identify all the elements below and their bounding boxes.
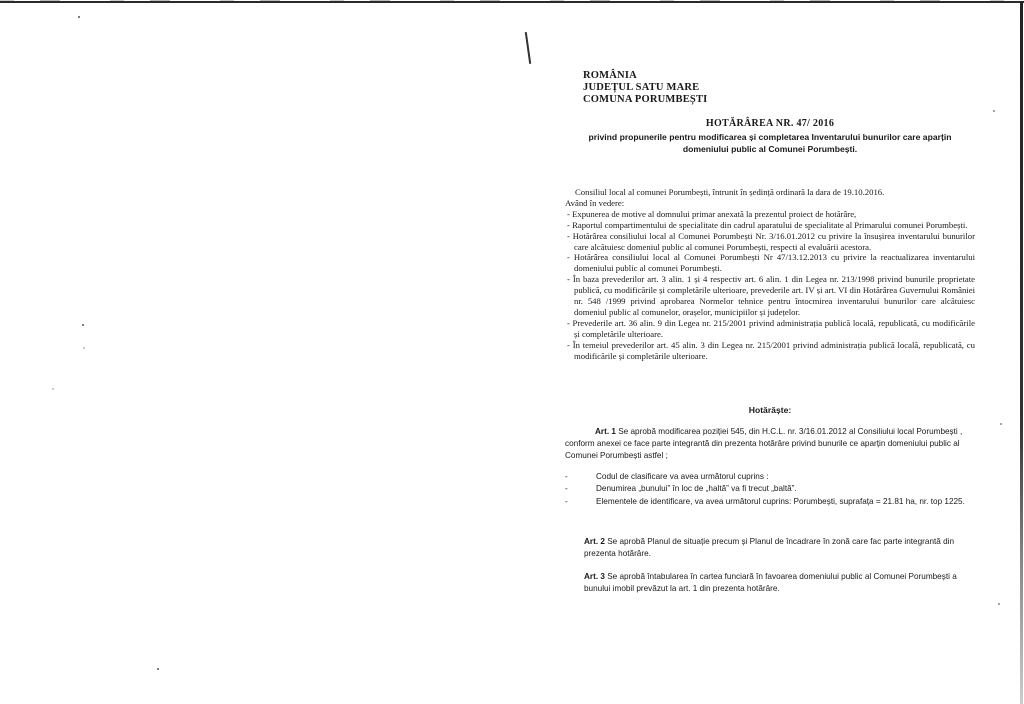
preamble-item: - Raportul compartimentului de specialit…: [565, 220, 975, 231]
scan-speck: [157, 668, 159, 670]
document-page: ROMÂNIA JUDEȚUL SATU MARE COMUNA PORUMBE…: [565, 70, 975, 596]
decides-heading: Hotărăște:: [565, 405, 975, 415]
issuer-header: ROMÂNIA JUDEȚUL SATU MARE COMUNA PORUMBE…: [583, 70, 975, 106]
document-subtitle: privind propunerile pentru modificarea ș…: [565, 131, 975, 155]
article-2-label: Art. 2: [584, 537, 605, 546]
scan-speck: [83, 347, 85, 349]
article-1-text: Se aprobă modificarea poziției 545, din …: [565, 427, 962, 461]
bullet-item: Elementele de identificare, va avea urmă…: [596, 496, 975, 508]
article-2-text: Se aprobă Planul de situație precum și P…: [584, 537, 954, 558]
preamble-item: - Prevederile art. 36 alin. 9 din Legea …: [565, 318, 975, 340]
header-country: ROMÂNIA: [583, 70, 975, 82]
scan-speck: [993, 110, 995, 112]
scan-speck: [78, 16, 80, 18]
scan-speck: [82, 324, 84, 326]
document-title: HOTĂRÂREA NR. 47/ 2016: [565, 118, 975, 129]
scan-speck: [1000, 423, 1002, 425]
preamble-item: - Hotărârea consiliului local al Comunei…: [565, 231, 975, 253]
preamble-item: - Hotărârea consiliului local al Comunei…: [565, 252, 975, 274]
header-commune: COMUNA PORUMBEȘTI: [583, 94, 975, 106]
article-1-label: Art. 1: [595, 427, 616, 436]
article-1-bullets: Codul de clasificare va avea următorul c…: [565, 471, 975, 508]
article-3: Art. 3 Se aprobă întabularea în cartea f…: [565, 571, 975, 596]
pen-mark: [525, 32, 531, 64]
preamble-item: - În baza prevederilor art. 3 alin. 1 și…: [565, 274, 975, 318]
preamble: Consiliul local al comunei Porumbești, î…: [565, 187, 975, 362]
bullet-item: Denumirea „bunului” în loc de „haltă” va…: [596, 483, 975, 495]
scan-speck: [998, 603, 1000, 605]
article-1: Art. 1 Se aprobă modificarea poziției 54…: [565, 426, 975, 508]
article-3-label: Art. 3: [584, 572, 605, 581]
header-county: JUDEȚUL SATU MARE: [583, 82, 975, 94]
scan-top-border: [0, 1, 1024, 3]
bullet-item: Codul de clasificare va avea următorul c…: [596, 471, 975, 483]
preamble-intro: Consiliul local al comunei Porumbești, î…: [565, 187, 975, 198]
preamble-having-in-view: Având în vedere:: [565, 198, 975, 209]
article-3-text: Se aprobă întabularea în cartea funciară…: [584, 572, 957, 593]
preamble-item: - În temeiul prevederilor art. 45 alin. …: [565, 340, 975, 362]
article-2: Art. 2 Se aprobă Planul de situație prec…: [565, 536, 975, 561]
scan-right-border: [1020, 2, 1023, 704]
scan-speck: [52, 388, 54, 390]
preamble-item: - Expunerea de motive al domnului primar…: [565, 209, 975, 220]
